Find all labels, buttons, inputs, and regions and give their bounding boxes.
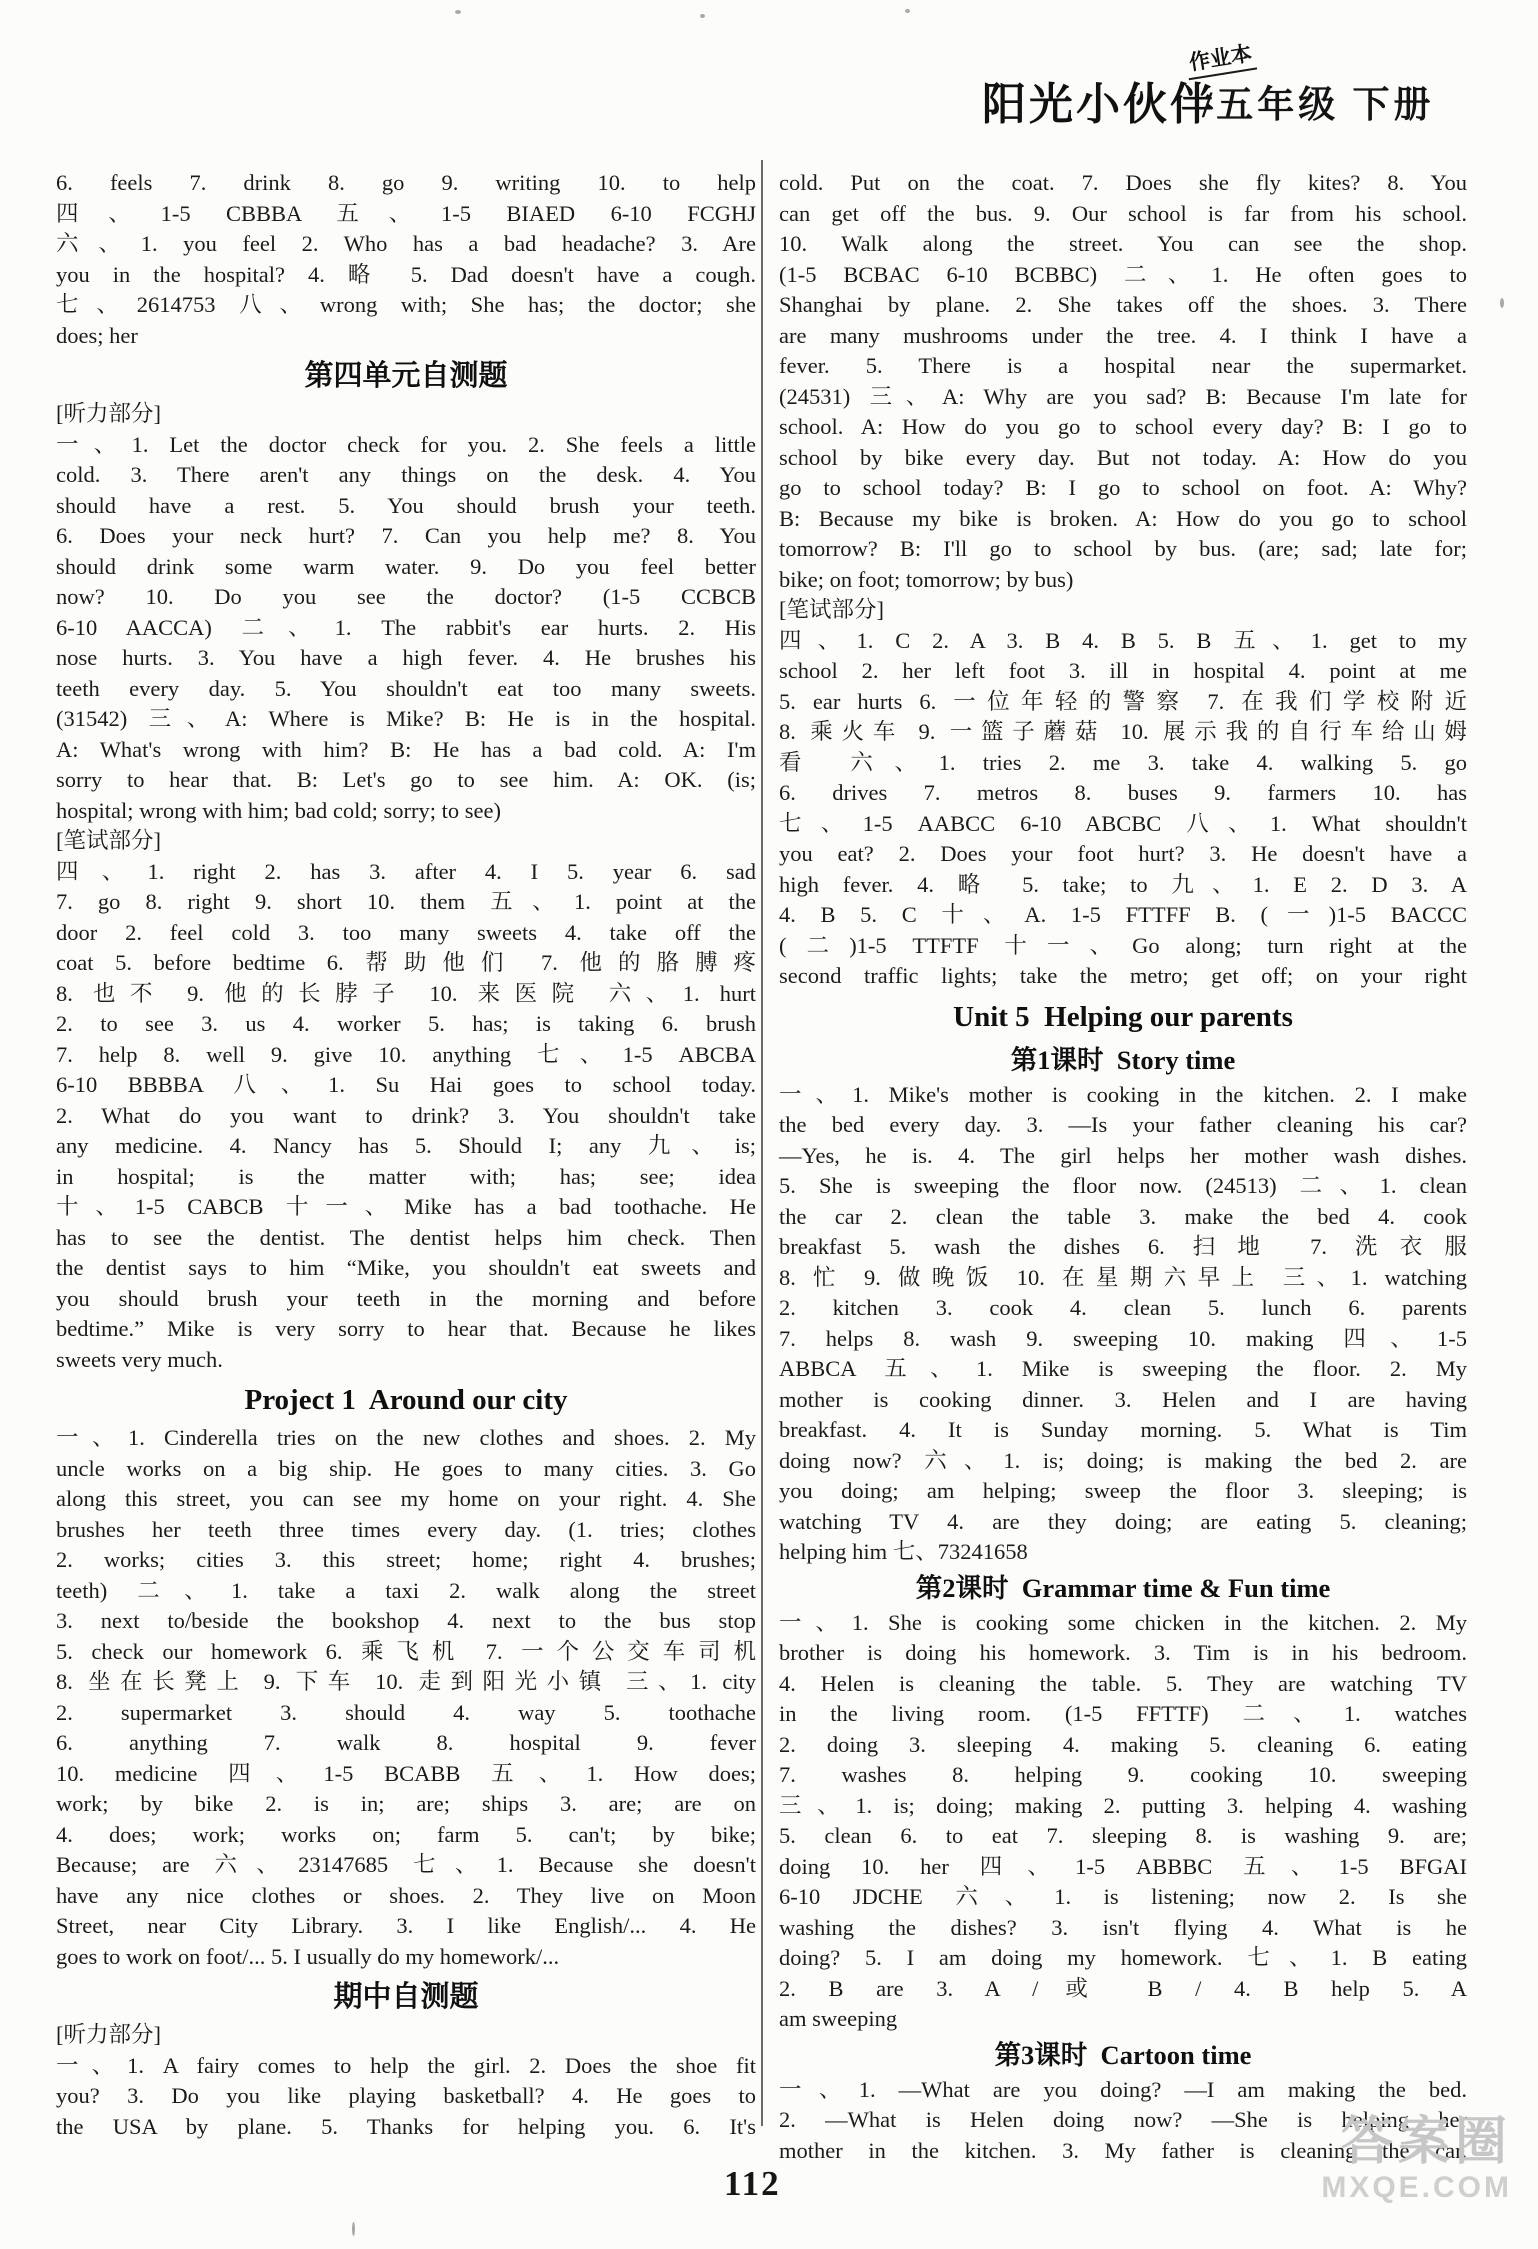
answer-line-text: breakfast 5. wash the dishes 6. 扫地 7. 洗衣… [779,1234,1467,1259]
answer-line: you eat? 2. Does your foot hurt? 3. He d… [779,839,1467,870]
answer-line-text: 七、2614753 八、wrong with; She has; the doc… [56,292,756,317]
answer-line-text: (31542) 三、A: Where is Mike? B: He is in … [56,706,756,731]
answer-line: school by bike every day. But not today.… [779,443,1467,474]
answer-line: cold. 3. There aren't any things on the … [56,460,756,491]
answer-line-text: you doing; am helping; sweep the floor 3… [779,1478,1467,1503]
scanned-answer-page: 阳光小伙伴 作业本 /五年级 下册 6. feels 7. drink 8. g… [0,0,1538,2249]
scan-speck [352,2222,355,2236]
answer-line: fever. 5. There is a hospital near the s… [779,351,1467,382]
answer-line-text: doing? 5. I am doing my homework. 七、1. B… [779,1945,1467,1970]
answer-line-text: 6-10 JDCHE 六、1. is listening; now 2. Is … [779,1884,1467,1909]
answer-line-text: 一、1. She is cooking some chicken in the … [779,1610,1467,1635]
answer-line: now? 10. Do you see the doctor? (1-5 CCB… [56,582,756,613]
answer-line: 一、1. —What are you doing? —I am making t… [779,2075,1467,2106]
answer-line: school. A: How do you go to school every… [779,412,1467,443]
answer-line-text: the car 2. clean the table 3. make the b… [779,1204,1467,1229]
page-number: 112 [724,2164,781,2204]
lesson-heading: 第1课时 Story time [779,1040,1467,1080]
answer-line-text: the bed every day. 3. —Is your father cl… [779,1112,1467,1137]
answer-line-text: (24531) 三、A: Why are you sad? B: Because… [779,384,1467,409]
answer-line: 5. ear hurts 6. 一位年轻的警察 7. 在我们学校附近 [779,687,1467,718]
answer-line-text: 7. washes 8. helping 9. cooking 10. swee… [779,1762,1467,1787]
answer-line: work; by bike 2. is in; are; ships 3. ar… [56,1789,756,1820]
answer-line: [听力部分] [56,2020,756,2051]
answer-line: (1-5 BCBAC 6-10 BCBBC) 二、1. He often goe… [779,260,1467,291]
answer-line: am sweeping [779,2004,1467,2035]
watermark-logo-text: 答案圈 [1321,2114,1512,2171]
answer-line-text: school by bike every day. But not today.… [779,445,1467,470]
answer-line: tomorrow? B: I'll go to school by bus. (… [779,534,1467,565]
answer-line-text: high fever. 4. 略 5. take; to 九、1. E 2. D… [779,872,1467,897]
answer-line: are many mushrooms under the tree. 4. I … [779,321,1467,352]
answer-line: 2. B are 3. A /或 B / 4. B help 5. A [779,1974,1467,2005]
answer-line: [笔试部分] [779,595,1467,626]
answer-line-text: 4. Helen is cleaning the table. 5. They … [779,1671,1467,1696]
answer-line: 6. Does your neck hurt? 7. Can you help … [56,521,756,552]
answer-line: 7. helps 8. wash 9. sweeping 10. making … [779,1324,1467,1355]
answer-line-text: 7. helps 8. wash 9. sweeping 10. making … [779,1326,1467,1351]
left-answer-column: 6. feels 7. drink 8. go 9. writing 10. t… [56,168,756,2142]
answer-line: (24531) 三、A: Why are you sad? B: Because… [779,382,1467,413]
answer-line: 四、1-5 CBBBA 五、1-5 BIAED 6-10 FCGHJ [56,199,756,230]
answer-line: breakfast. 4. It is Sunday morning. 5. W… [779,1415,1467,1446]
answer-line: 2. kitchen 3. cook 4. clean 5. lunch 6. … [779,1293,1467,1324]
answer-line-text: 4. B 5. C 十、A. 1-5 FTTFF B. (一)1-5 BACCC [779,902,1467,927]
answer-line-text: in the living room. (1-5 FFTTF) 二、1. wat… [779,1701,1467,1726]
answer-line: —Yes, he is. 4. The girl helps her mothe… [779,1141,1467,1172]
answer-line-text: nose hurts. 3. You have a high fever. 4.… [56,645,756,670]
answer-line: go to school today? B: I go to school on… [779,473,1467,504]
answer-line: 十、1-5 CABCB 十一、Mike has a bad toothache.… [56,1192,756,1223]
answer-line-text: 6. feels 7. drink 8. go 9. writing 10. t… [56,170,756,195]
answer-line: 四、1. right 2. has 3. after 4. I 5. year … [56,857,756,888]
answer-line-text: coat 5. before bedtime 6. 帮助他们 7. 他的胳膊疼 [56,950,756,975]
answer-line-text: door 2. feel cold 3. too many sweets 4. … [56,920,756,945]
answer-line-text: tomorrow? B: I'll go to school by bus. (… [779,536,1467,561]
answer-line: have any nice clothes or shoes. 2. They … [56,1881,756,1912]
answer-line-text: [听力部分] [56,2022,161,2047]
watermark-site-text: MXQE.COM [1321,2171,1512,2204]
answer-line-text: the USA by plane. 5. Thanks for helping … [56,2114,756,2139]
answer-line-text: have any nice clothes or shoes. 2. They … [56,1883,756,1908]
answer-line-text: you should brush your teeth in the morni… [56,1286,756,1311]
answer-line: 7. washes 8. helping 9. cooking 10. swee… [779,1760,1467,1791]
answer-line: any medicine. 4. Nancy has 5. Should I; … [56,1131,756,1162]
answer-line-text: 2. supermarket 3. should 4. way 5. tooth… [56,1700,756,1725]
answer-line-text: 5. ear hurts 6. 一位年轻的警察 7. 在我们学校附近 [779,689,1467,714]
answer-line: teeth every day. 5. You shouldn't eat to… [56,674,756,705]
answer-line: 6-10 AACCA) 二、1. The rabbit's ear hurts.… [56,613,756,644]
answer-line-text: should drink some warm water. 9. Do you … [56,554,756,579]
answer-line: 2. What do you want to drink? 3. You sho… [56,1101,756,1132]
answer-line-text: 一、1. Mike's mother is cooking in the kit… [779,1082,1467,1107]
answer-line: 一、1. Mike's mother is cooking in the kit… [779,1080,1467,1111]
answer-line-text: go to school today? B: I go to school on… [779,475,1467,500]
answer-line: nose hurts. 3. You have a high fever. 4.… [56,643,756,674]
answer-line: 5. check our homework 6. 乘飞机 7. 一个公交车司机 [56,1637,756,1668]
answer-line: sweets very much. [56,1345,756,1376]
scan-speck [455,10,461,14]
answer-line: 6-10 JDCHE 六、1. is listening; now 2. Is … [779,1882,1467,1913]
answer-line-text: you eat? 2. Does your foot hurt? 3. He d… [779,841,1467,866]
answer-line-text: 7. help 8. well 9. give 10. anything 七、1… [56,1042,756,1067]
answer-line: 8. 坐在长凳上 9. 下车 10. 走到阳光小镇 三、1. city [56,1667,756,1698]
answer-line: you? 3. Do you like playing basketball? … [56,2081,756,2112]
answer-line: 三、1. is; doing; making 2. putting 3. hel… [779,1791,1467,1822]
answer-line-text: brushes her teeth three times every day.… [56,1517,756,1542]
answer-line: (二)1-5 TTFTF 十一、Go along; turn right at … [779,931,1467,962]
answer-line-text: 2. works; cities 3. this street; home; r… [56,1547,756,1572]
answer-line: uncle works on a big ship. He goes to ma… [56,1454,756,1485]
answer-line: B: Because my bike is broken. A: How do … [779,504,1467,535]
book-series-title: 阳光小伙伴 [982,68,1217,132]
answer-line: in hospital; is the matter with; has; se… [56,1162,756,1193]
answer-line-text: doing 10. her 四、1-5 ABBBC 五、1-5 BFGAI [779,1854,1467,1879]
answer-line-text: 3. next to/beside the bookshop 4. next t… [56,1608,756,1633]
answer-line-text: 一、1. Cinderella tries on the new clothes… [56,1425,756,1450]
answer-line: 七、1-5 AABCC 6-10 ABCBC 八、1. What shouldn… [779,809,1467,840]
answer-line-text: can get off the bus. 9. Our school is fa… [779,201,1467,226]
answer-line: 7. help 8. well 9. give 10. anything 七、1… [56,1040,756,1071]
answer-line-text: uncle works on a big ship. He goes to ma… [56,1456,756,1481]
answer-line-text: sweets very much. [56,1347,223,1372]
lesson-heading: 第3课时 Cartoon time [779,2035,1467,2075]
answer-line: 七、2614753 八、wrong with; She has; the doc… [56,290,756,321]
answer-line: 10. Walk along the street. You can see t… [779,229,1467,260]
section-heading: 期中自测题 [56,1975,756,2019]
lesson-heading: 第2课时 Grammar time & Fun time [779,1568,1467,1608]
answer-line: the USA by plane. 5. Thanks for helping … [56,2112,756,2143]
answer-line: 六、1. you feel 2. Who has a bad headache?… [56,229,756,260]
answer-line: 一、1. Cinderella tries on the new clothes… [56,1423,756,1454]
answer-line: 5. She is sweeping the floor now. (24513… [779,1171,1467,1202]
answer-line: should drink some warm water. 9. Do you … [56,552,756,583]
answer-line: helping him 七、73241658 [779,1537,1467,1568]
answer-line: Shanghai by plane. 2. She takes off the … [779,290,1467,321]
answer-line-text: 四、1-5 CBBBA 五、1-5 BIAED 6-10 FCGHJ [56,201,756,226]
answer-line: 8. 也不 9. 他的长脖子 10. 来医院 六、1. hurt [56,979,756,1010]
answer-line-text: has to see the dentist. The dentist help… [56,1225,756,1250]
answer-line-text: [笔试部分] [779,597,884,622]
answer-line-text: B: Because my bike is broken. A: How do … [779,506,1467,531]
answer-line: should have a rest. 5. You should brush … [56,491,756,522]
answer-line-text: 2. B are 3. A /或 B / 4. B help 5. A [779,1976,1467,2001]
answer-line: school 2. her left foot 3. ill in hospit… [779,656,1467,687]
answer-line: 4. does; work; works on; farm 5. can't; … [56,1820,756,1851]
answer-line: breakfast 5. wash the dishes 6. 扫地 7. 洗衣… [779,1232,1467,1263]
answer-line-text: Street, near City Library. 3. I like Eng… [56,1913,756,1938]
answer-line-text: 6. anything 7. walk 8. hospital 9. fever [56,1730,756,1755]
answer-line-text: 6-10 BBBBA 八、1. Su Hai goes to school to… [56,1072,756,1097]
answer-line-text: 5. check our homework 6. 乘飞机 7. 一个公交车司机 [56,1639,756,1664]
answer-line-text: hospital; wrong with him; bad cold; sorr… [56,798,501,823]
answer-line-text: school 2. her left foot 3. ill in hospit… [779,658,1467,683]
answer-line: cold. Put on the coat. 7. Does she fly k… [779,168,1467,199]
answer-line-text: 5. She is sweeping the floor now. (24513… [779,1173,1467,1198]
answer-line-text: 七、1-5 AABCC 6-10 ABCBC 八、1. What shouldn… [779,811,1467,836]
answer-line: watching TV 4. are they doing; are eatin… [779,1507,1467,1538]
answer-line: 8. 乘火车 9. 一篮子蘑菇 10. 展示我的自行车给山姆 [779,717,1467,748]
answer-line-text: cold. Put on the coat. 7. Does she fly k… [779,170,1467,195]
answer-line: sorry to hear that. B: Let's go to see h… [56,765,756,796]
answer-line-text: now? 10. Do you see the doctor? (1-5 CCB… [56,584,756,609]
answer-line-text: Shanghai by plane. 2. She takes off the … [779,292,1467,317]
answer-line-text: any medicine. 4. Nancy has 5. Should I; … [56,1133,756,1158]
answer-line-text: brother is doing his homework. 3. Tim is… [779,1640,1467,1665]
answer-line: (31542) 三、A: Where is Mike? B: He is in … [56,704,756,735]
answer-line-text: 8. 乘火车 9. 一篮子蘑菇 10. 展示我的自行车给山姆 [779,719,1467,744]
answer-line-text: 8. 忙 9. 做晚饭 10. 在星期六早上 三、1. watching [779,1265,1467,1290]
answer-line-text: —Yes, he is. 4. The girl helps her mothe… [779,1143,1467,1168]
answer-line-text: goes to work on foot/... 5. I usually do… [56,1944,559,1969]
answer-line: can get off the bus. 9. Our school is fa… [779,199,1467,230]
answer-line: 4. Helen is cleaning the table. 5. They … [779,1669,1467,1700]
answer-line-text: 看 六、1. tries 2. me 3. take 4. walking 5.… [779,750,1467,775]
answer-line-text: (二)1-5 TTFTF 十一、Go along; turn right at … [779,933,1467,958]
answer-line: doing now? 六、1. is; doing; is making the… [779,1446,1467,1477]
answer-line: high fever. 4. 略 5. take; to 九、1. E 2. D… [779,870,1467,901]
answer-line-text: [笔试部分] [56,828,161,853]
section-heading: 第四单元自测题 [56,354,756,398]
answer-line: 10. medicine 四、1-5 BCABB 五、1. How does; [56,1759,756,1790]
section-heading: Unit 5 Helping our parents [779,995,1467,1039]
answer-line-text: 6-10 AACCA) 二、1. The rabbit's ear hurts.… [56,615,756,640]
answer-line-text: in hospital; is the matter with; has; se… [56,1164,756,1189]
answer-line-text: 4. does; work; works on; farm 5. can't; … [56,1822,756,1847]
answer-line: 2. doing 3. sleeping 4. making 5. cleani… [779,1730,1467,1761]
answer-line: has to see the dentist. The dentist help… [56,1223,756,1254]
grade-volume-label: /五年级 下册 [1202,74,1435,128]
scan-speck [1500,298,1504,308]
answer-line: 四、1. C 2. A 3. B 4. B 5. B 五、1. get to m… [779,626,1467,657]
answer-line-text: teeth every day. 5. You shouldn't eat to… [56,676,756,701]
answer-line: 6. drives 7. metros 8. buses 9. farmers … [779,778,1467,809]
answer-line-text: am sweeping [779,2006,897,2031]
answer-line-text: 10. medicine 四、1-5 BCABB 五、1. How does; [56,1761,756,1786]
answer-line-text: 10. Walk along the street. You can see t… [779,231,1467,256]
answer-line: 3. next to/beside the bookshop 4. next t… [56,1606,756,1637]
answer-line-text: breakfast. 4. It is Sunday morning. 5. W… [779,1417,1467,1442]
answer-line-text: 三、1. is; doing; making 2. putting 3. hel… [779,1793,1467,1818]
answer-line-text: 十、1-5 CABCB 十一、Mike has a bad toothache.… [56,1194,756,1219]
answer-line: 6. feels 7. drink 8. go 9. writing 10. t… [56,168,756,199]
answer-line-text: school. A: How do you go to school every… [779,414,1467,439]
answer-line: 一、1. Let the doctor check for you. 2. Sh… [56,430,756,461]
answer-line: bike; on foot; tomorrow; by bus) [779,565,1467,596]
answer-line: 6-10 BBBBA 八、1. Su Hai goes to school to… [56,1070,756,1101]
answer-line: 一、1. She is cooking some chicken in the … [779,1608,1467,1639]
answer-line-text: should have a rest. 5. You should brush … [56,493,756,518]
answer-line-text: 一、1. A fairy comes to help the girl. 2. … [56,2053,756,2078]
answer-line: A: What's wrong with him? B: He has a ba… [56,735,756,766]
answer-line: you should brush your teeth in the morni… [56,1284,756,1315]
answer-line: the dentist says to him “Mike, you shoul… [56,1253,756,1284]
answer-line: coat 5. before bedtime 6. 帮助他们 7. 他的胳膊疼 [56,948,756,979]
answer-line-text: cold. 3. There aren't any things on the … [56,462,756,487]
answer-line-text: 2. What do you want to drink? 3. You sho… [56,1103,756,1128]
answer-line: the bed every day. 3. —Is your father cl… [779,1110,1467,1141]
answer-line: you in the hospital? 4. 略 5. Dad doesn't… [56,260,756,291]
answer-line: door 2. feel cold 3. too many sweets 4. … [56,918,756,949]
answer-line-text: 2. kitchen 3. cook 4. clean 5. lunch 6. … [779,1295,1467,1320]
answer-line-text: 四、1. right 2. has 3. after 4. I 5. year … [56,859,756,884]
answer-line: doing 10. her 四、1-5 ABBBC 五、1-5 BFGAI [779,1852,1467,1883]
answer-line: mother is cooking dinner. 3. Helen and I… [779,1385,1467,1416]
answer-line-text: doing now? 六、1. is; doing; is making the… [779,1448,1467,1473]
watermark: 答案圈 MXQE.COM [1321,2114,1512,2204]
answer-line-text: sorry to hear that. B: Let's go to see h… [56,767,756,792]
scan-speck [700,14,705,18]
answer-line-text: 5. clean 6. to eat 7. sleeping 8. is was… [779,1823,1467,1848]
answer-line: 5. clean 6. to eat 7. sleeping 8. is was… [779,1821,1467,1852]
answer-line: 7. go 8. right 9. short 10. them 五、1. po… [56,887,756,918]
answer-line: washing the dishes? 3. isn't flying 4. W… [779,1913,1467,1944]
answer-line-text: 6. Does your neck hurt? 7. Can you help … [56,523,756,548]
answer-line-text: teeth) 二、1. take a taxi 2. walk along th… [56,1578,756,1603]
answer-line: 看 六、1. tries 2. me 3. take 4. walking 5.… [779,748,1467,779]
answer-line: does; her [56,321,756,352]
answer-line-text: 2. to see 3. us 4. worker 5. has; is tak… [56,1011,756,1036]
answer-line: [听力部分] [56,399,756,430]
answer-line-text: 一、1. —What are you doing? —I am making t… [779,2077,1467,2102]
answer-line-text: bedtime.” Mike is very sorry to hear tha… [56,1316,756,1341]
answer-line: ABBCA 五、1. Mike is sweeping the floor. 2… [779,1354,1467,1385]
column-divider-rule [761,160,763,2126]
answer-line-text: washing the dishes? 3. isn't flying 4. W… [779,1915,1467,1940]
answer-line: 4. B 5. C 十、A. 1-5 FTTFF B. (一)1-5 BACCC [779,900,1467,931]
answer-line-text: 6. drives 7. metros 8. buses 9. farmers … [779,780,1467,805]
answer-line-text: 8. 坐在长凳上 9. 下车 10. 走到阳光小镇 三、1. city [56,1669,756,1694]
answer-line: 6. anything 7. walk 8. hospital 9. fever [56,1728,756,1759]
answer-line: brother is doing his homework. 3. Tim is… [779,1638,1467,1669]
answer-line-text: ABBCA 五、1. Mike is sweeping the floor. 2… [779,1356,1467,1381]
answer-line: you doing; am helping; sweep the floor 3… [779,1476,1467,1507]
answer-line-text: bike; on foot; tomorrow; by bus) [779,567,1073,592]
answer-line-text: 7. go 8. right 9. short 10. them 五、1. po… [56,889,756,914]
answer-line-text: fever. 5. There is a hospital near the s… [779,353,1467,378]
answer-line-text: 一、1. Let the doctor check for you. 2. Sh… [56,432,756,457]
answer-line: doing? 5. I am doing my homework. 七、1. B… [779,1943,1467,1974]
answer-line: goes to work on foot/... 5. I usually do… [56,1942,756,1973]
answer-line: along this street, you can see my home o… [56,1484,756,1515]
answer-line-text: 8. 也不 9. 他的长脖子 10. 来医院 六、1. hurt [56,981,756,1006]
answer-line: 2. to see 3. us 4. worker 5. has; is tak… [56,1009,756,1040]
answer-line-text: 四、1. C 2. A 3. B 4. B 5. B 五、1. get to m… [779,628,1467,653]
answer-line: hospital; wrong with him; bad cold; sorr… [56,796,756,827]
answer-line-text: second traffic lights; take the metro; g… [779,963,1467,988]
answer-line-text: 六、1. you feel 2. Who has a bad headache?… [56,231,756,256]
answer-line: in the living room. (1-5 FFTTF) 二、1. wat… [779,1699,1467,1730]
answer-line: brushes her teeth three times every day.… [56,1515,756,1546]
answer-line-text: you in the hospital? 4. 略 5. Dad doesn't… [56,262,756,287]
scan-speck [905,9,910,13]
answer-line-text: [听力部分] [56,401,161,426]
answer-line-text: watching TV 4. are they doing; are eatin… [779,1509,1467,1534]
answer-line-text: Because; are 六、23147685 七、1. Because she… [56,1852,756,1877]
section-heading: Project 1 Around our city [56,1378,756,1422]
answer-line: 2. supermarket 3. should 4. way 5. tooth… [56,1698,756,1729]
answer-line-text: you? 3. Do you like playing basketball? … [56,2083,756,2108]
answer-line: 2. works; cities 3. this street; home; r… [56,1545,756,1576]
answer-line: 一、1. A fairy comes to help the girl. 2. … [56,2051,756,2082]
answer-line-text: (1-5 BCBAC 6-10 BCBBC) 二、1. He often goe… [779,262,1467,287]
answer-line-text: helping him 七、73241658 [779,1539,1028,1564]
answer-line-text: A: What's wrong with him? B: He has a ba… [56,737,756,762]
answer-line: the car 2. clean the table 3. make the b… [779,1202,1467,1233]
answer-line: Because; are 六、23147685 七、1. Because she… [56,1850,756,1881]
answer-line-text: does; her [56,323,138,348]
answer-line-text: are many mushrooms under the tree. 4. I … [779,323,1467,348]
answer-line: Street, near City Library. 3. I like Eng… [56,1911,756,1942]
answer-line: teeth) 二、1. take a taxi 2. walk along th… [56,1576,756,1607]
answer-line: [笔试部分] [56,826,756,857]
answer-line-text: the dentist says to him “Mike, you shoul… [56,1255,756,1280]
answer-line: second traffic lights; take the metro; g… [779,961,1467,992]
answer-line-text: 2. doing 3. sleeping 4. making 5. cleani… [779,1732,1467,1757]
answer-line: 8. 忙 9. 做晚饭 10. 在星期六早上 三、1. watching [779,1263,1467,1294]
answer-line-text: work; by bike 2. is in; are; ships 3. ar… [56,1791,756,1816]
right-answer-column: cold. Put on the coat. 7. Does she fly k… [779,168,1467,2166]
answer-line-text: mother is cooking dinner. 3. Helen and I… [779,1387,1467,1412]
answer-line: bedtime.” Mike is very sorry to hear tha… [56,1314,756,1345]
answer-line-text: along this street, you can see my home o… [56,1486,756,1511]
